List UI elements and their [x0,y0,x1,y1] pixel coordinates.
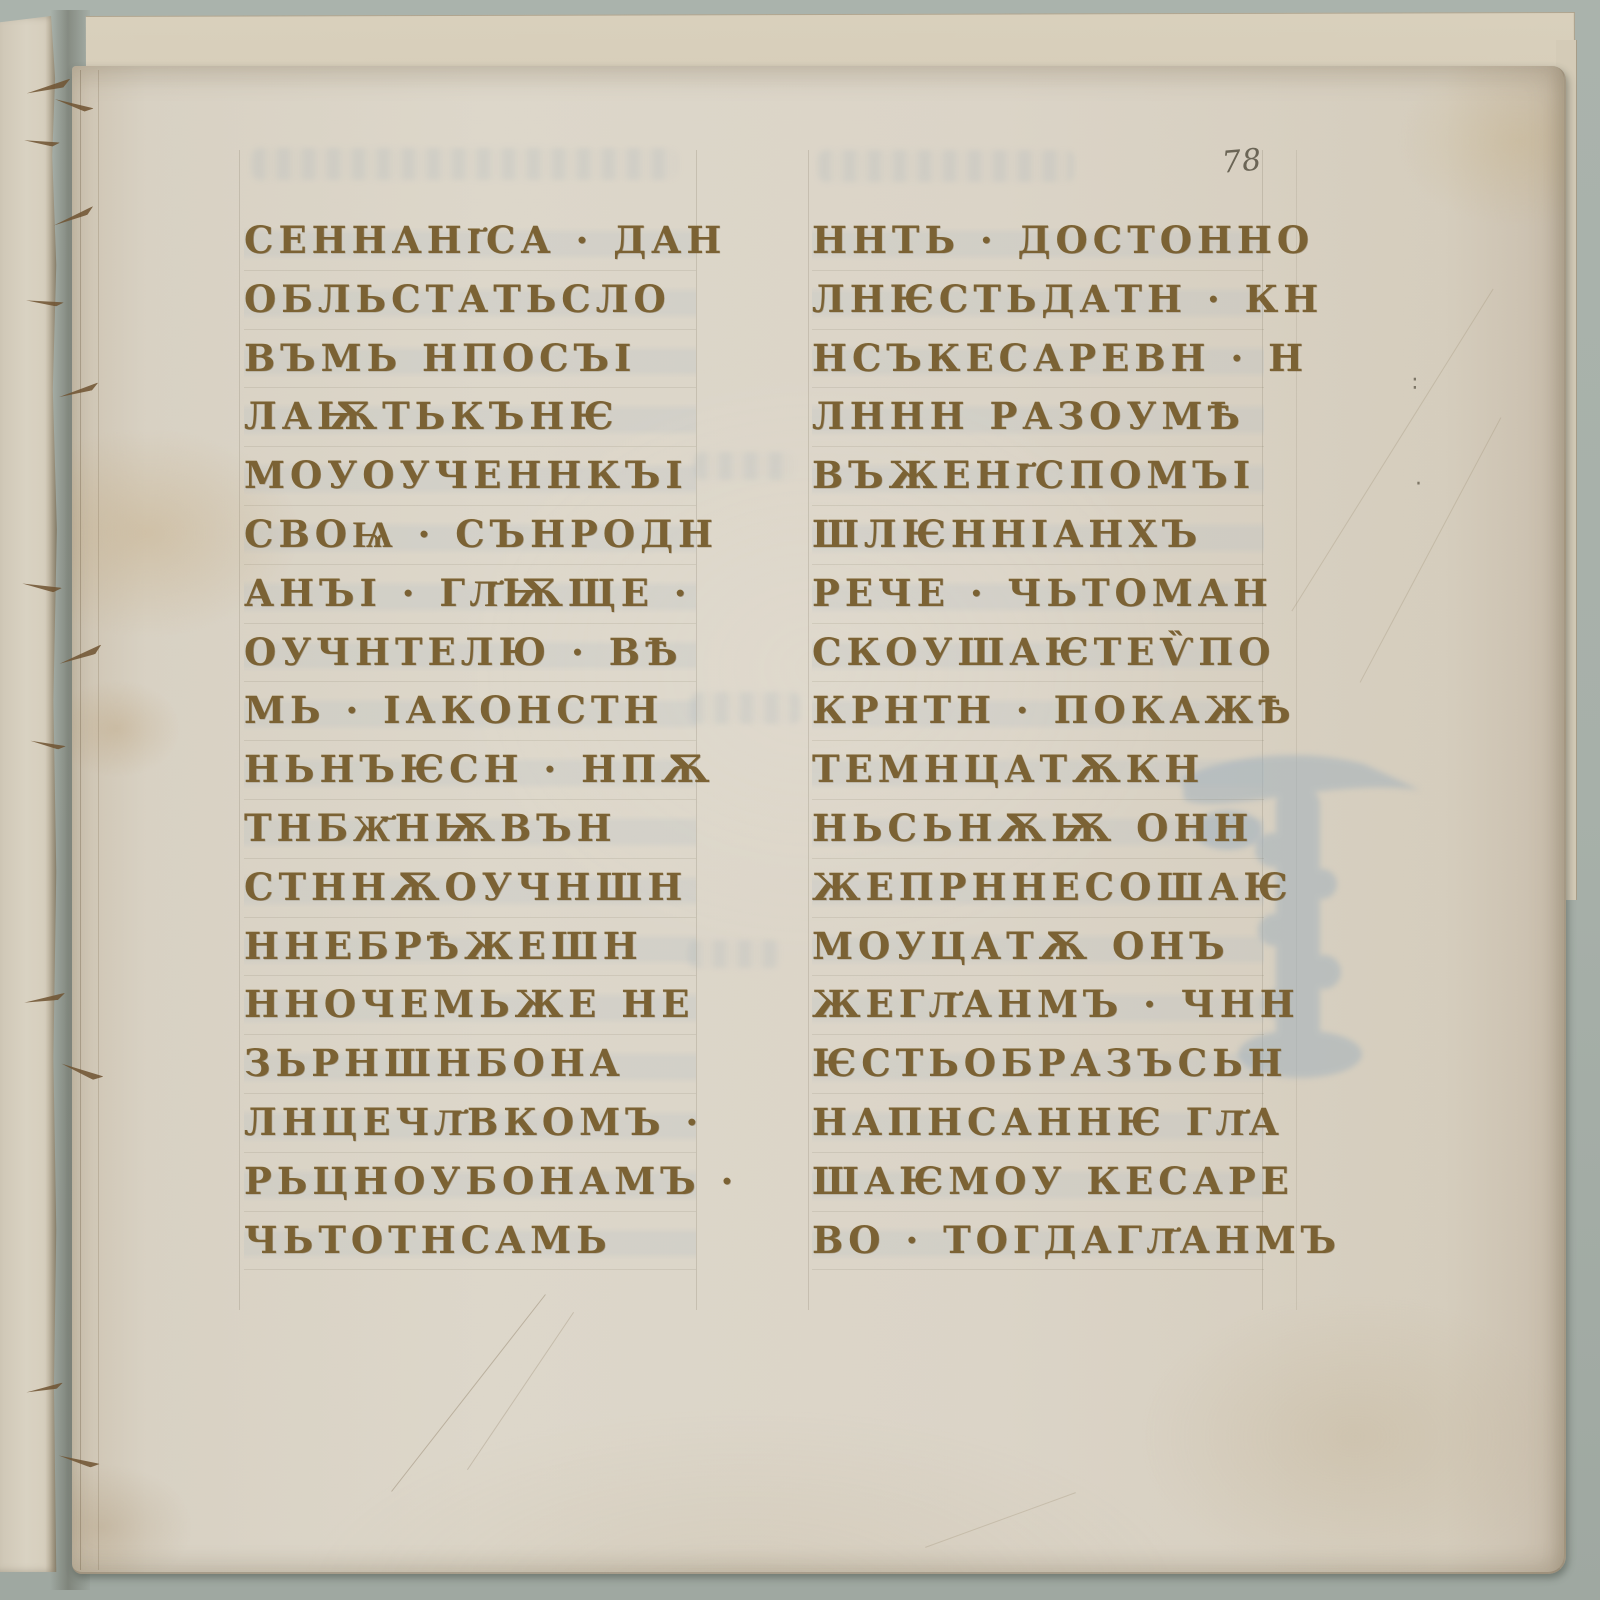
manuscript-text-line: ННЕБРѢЖЕШН [244,918,696,977]
manuscript-text-line: ВЪМЬ НПОСЪІ [244,330,696,389]
manuscript-text-line: СКОУШАѤТЕѶПО [812,624,1264,683]
manuscript-text-line: РЬЦНОУБОНАМЪ · [244,1153,696,1212]
text-column-left: СЕННАНІ҃СА · ДАНОБЛЬСТАТЬСЛОВЪМЬ НПОСЪІЛ… [244,212,696,1270]
manuscript-text-line: ОУЧНТЕЛЮ · ВѢ [244,624,696,683]
manuscript-text-line: НАПНСАННѤ ГЛ҃А [812,1094,1264,1153]
margin-mark: ∶ [1412,372,1418,397]
manuscript-text-line: ЧЬТОТНСАМЬ [244,1212,696,1271]
showthrough-smudge [688,940,780,968]
manuscript-text-line: ЛНѤСТЬДАТН · КН [812,271,1264,330]
column-ruling-line [808,150,809,1310]
showthrough-smudge [690,692,800,724]
manuscript-text-line: ВО · ТОГДАГЛ҃АНМЪ [812,1212,1264,1271]
column-ruling-line [239,150,240,1310]
manuscript-text-line: ШЛѤННІАНХЪ [812,506,1264,565]
manuscript-text-line: ВЪЖЕНІ҃СПОМЪІ [812,447,1264,506]
showthrough-smudge [252,148,678,180]
manuscript-text-line: ННТЬ · ДОСТОННО [812,212,1264,271]
manuscript-text-line: НЬНЪѤСН · НПѪ [244,741,696,800]
manuscript-text-line: МЬ · ІАКОНСТН [244,682,696,741]
manuscript-text-line: ЛНЦЕЧЛ҃ВКОМЪ · [244,1094,696,1153]
gutter-fold-crease [80,70,81,1570]
manuscript-text-line: ТЕМНЦАТѪКН [812,741,1264,800]
manuscript-text-line: АНЪІ · ГЛ҃ѬЩЕ · [244,565,696,624]
manuscript-text-line: ѤСТЬОБРАЗЪСЬН [812,1035,1264,1094]
margin-mark: · [1415,472,1422,497]
manuscript-text-line: СЕННАНІ҃СА · ДАН [244,212,696,271]
manuscript-text-line: РЕЧЕ · ЧЬТОМАН [812,565,1264,624]
manuscript-text-line: ННОЧЕМЬЖЕ НЕ [244,976,696,1035]
folio-number: 78 [1221,142,1264,180]
column-ruling-line [1296,150,1297,1310]
manuscript-text-line: МОУЦАТѪ ОНЪ [812,918,1264,977]
manuscript-text-line: СТННѪОУЧНШН [244,859,696,918]
showthrough-smudge [818,150,1074,182]
manuscript-text-line: НЬСЬНѪѬ ОНН [812,800,1264,859]
manuscript-text-line: ШАѤМОУ КЕСАРЕ [812,1153,1264,1212]
showthrough-smudge [694,452,794,480]
manuscript-text-line: СВОѨ · СЪНРОДН [244,506,696,565]
manuscript-photo: СЕННАНІ҃СА · ДАНОБЛЬСТАТЬСЛОВЪМЬ НПОСЪІЛ… [0,0,1600,1600]
manuscript-text-line: МОУОУЧЕННКЪІ [244,447,696,506]
manuscript-text-line: ТНБЖ҃НѬВЪН [244,800,696,859]
manuscript-text-line: НСЪКЕСАРЕВН · Н [812,330,1264,389]
manuscript-text-line: КРНТН · ПОКАЖѢ [812,682,1264,741]
manuscript-text-line: ЖЕПРННЕСОШАѤ [812,859,1264,918]
text-column-right: ННТЬ · ДОСТОННОЛНѤСТЬДАТН · КННСЪКЕСАРЕВ… [812,212,1264,1270]
manuscript-text-line: ЛННН РАЗОУМѢ [812,388,1264,447]
manuscript-text-line: ЗЬРНШНБОНА [244,1035,696,1094]
manuscript-text-line: ЖЕГЛ҃АНМЪ · ЧНН [812,976,1264,1035]
gutter-fold-crease [98,70,99,1570]
manuscript-text-line: ЛАѬТЬКЪНѤ [244,388,696,447]
manuscript-text-line: ОБЛЬСТАТЬСЛО [244,271,696,330]
